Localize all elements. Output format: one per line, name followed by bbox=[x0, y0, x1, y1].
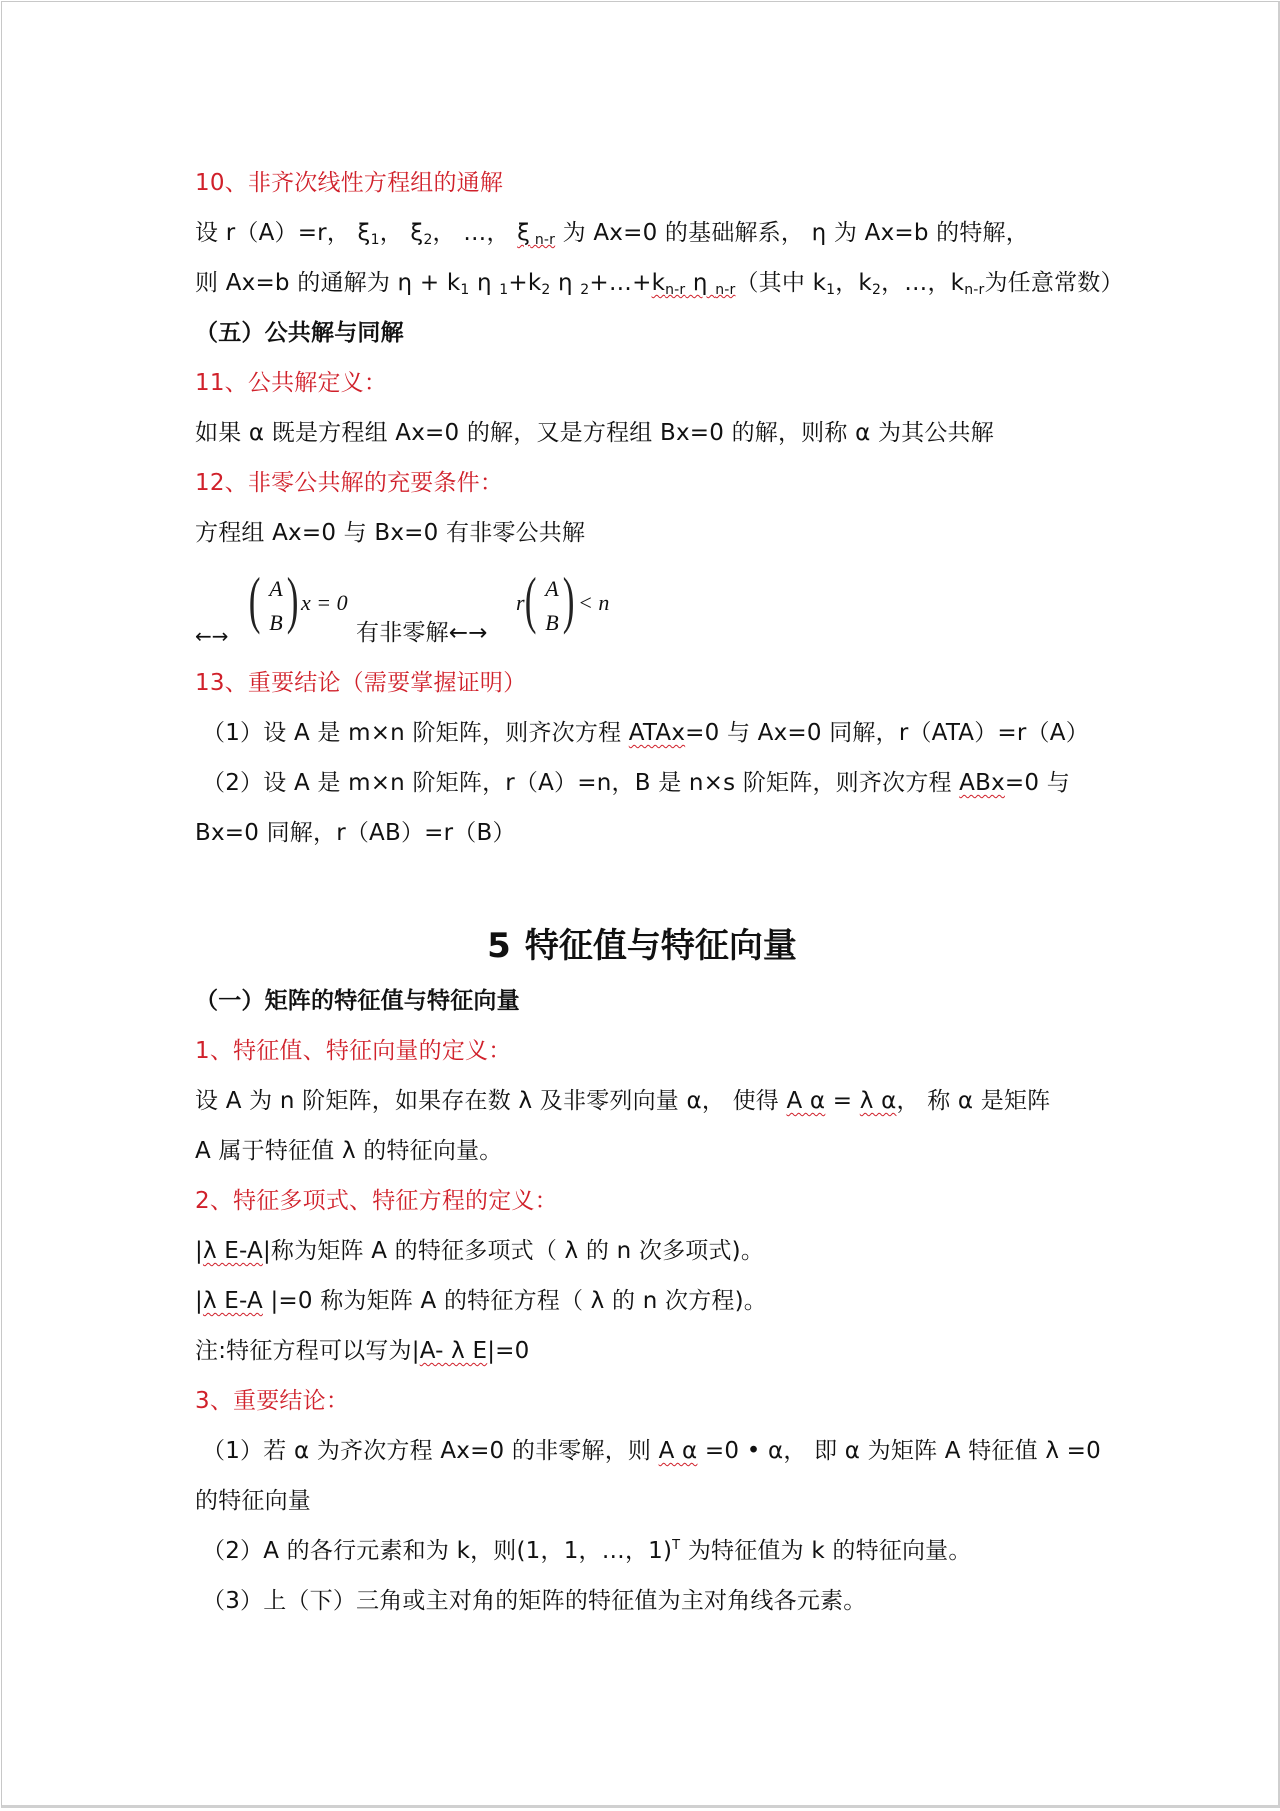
heading-13: 13、重要结论（需要掌握证明） bbox=[195, 668, 526, 698]
e2-line-2: |λ E-A |=0 称为矩阵 A 的特征方程（ λ 的 n 次方程)。 bbox=[195, 1286, 767, 1316]
e1-line-2: A 属于特征值 λ 的特征向量。 bbox=[195, 1136, 502, 1166]
text: 为 Ax=0 的基础解系， η 为 Ax=b 的特解， bbox=[555, 220, 1029, 246]
text: 注:特征方程可以写为| bbox=[195, 1338, 420, 1364]
subscript: n-r bbox=[964, 282, 984, 298]
e2-line-1: |λ E-A|称为矩阵 A 的特征多项式（ λ 的 n 次多项式)。 bbox=[195, 1236, 764, 1266]
s10-line-1: 设 r（A）=r， ξ1， ξ2， …， ξ n-r 为 Ax=0 的基础解系，… bbox=[195, 218, 1029, 248]
text: +…+ bbox=[589, 270, 651, 296]
spellcheck-underline: A α bbox=[659, 1438, 698, 1464]
equation-rhs: x = 0 bbox=[301, 590, 348, 616]
text: 为特征值为 k 的特征向量。 bbox=[680, 1538, 971, 1564]
text: |=0 bbox=[487, 1338, 529, 1364]
e3-item-3: （3）上（下）三角或主对角的矩阵的特征值为主对角线各元素。 bbox=[202, 1586, 866, 1616]
text: η bbox=[685, 270, 715, 296]
subscript: 1 bbox=[826, 282, 835, 298]
text: ，…，k bbox=[881, 270, 964, 296]
e3-item-2: （2）A 的各行元素和为 k，则(1，1，…，1)T 为特征值为 k 的特征向量… bbox=[202, 1536, 972, 1566]
rank-symbol: r bbox=[516, 590, 525, 616]
heading-e1: 1、特征值、特征向量的定义： bbox=[195, 1036, 511, 1066]
subscript: 2 bbox=[872, 282, 881, 298]
matrix-top: A bbox=[540, 572, 564, 606]
subheading-public-solutions: （五）公共解与同解 bbox=[195, 318, 404, 348]
text: 则 Ax=b 的通解为 η + k bbox=[195, 270, 460, 296]
left-paren: ( bbox=[249, 568, 261, 632]
left-paren: ( bbox=[525, 568, 537, 632]
document-page: 10、非齐次线性方程组的通解 设 r（A）=r， ξ1， ξ2， …， ξ n-… bbox=[1, 1, 1280, 1808]
heading-11: 11、公共解定义： bbox=[195, 368, 387, 398]
spellcheck-underline: kn-r η n-r bbox=[652, 270, 736, 296]
right-paren: ) bbox=[287, 568, 299, 632]
subscript: n-r bbox=[530, 232, 555, 248]
text: ， ξ bbox=[380, 220, 424, 246]
text: |=0 称为矩阵 A 的特征方程（ λ 的 n 次方程)。 bbox=[263, 1288, 767, 1314]
heading-10: 10、非齐次线性方程组的通解 bbox=[195, 168, 503, 198]
spellcheck-underline: A α bbox=[786, 1088, 825, 1114]
text: | bbox=[195, 1238, 203, 1264]
subscript: 2 bbox=[423, 232, 432, 248]
double-arrow-icon: ←→ bbox=[195, 624, 229, 648]
text: 设 r（A）=r， ξ bbox=[195, 220, 371, 246]
text: （其中 k bbox=[735, 270, 826, 296]
heading-12: 12、非零公共解的充要条件： bbox=[195, 468, 503, 498]
spellcheck-underline: A- λ E bbox=[420, 1338, 488, 1364]
matrix-top: A bbox=[264, 572, 288, 606]
text: ，k bbox=[835, 270, 872, 296]
chapter-number: 5 bbox=[487, 926, 511, 966]
spellcheck-underline: ATAx bbox=[629, 720, 685, 746]
text: =0 与 Ax=0 同解，r（ATA）=r（A） bbox=[685, 720, 1089, 746]
spellcheck-underline: ABx bbox=[959, 770, 1005, 796]
spellcheck-underline: λ α bbox=[860, 1088, 897, 1114]
matrix-bottom: B bbox=[264, 606, 288, 640]
e3-item-1-continued: 的特征向量 bbox=[195, 1486, 311, 1516]
text: |称为矩阵 A 的特征多项式（ λ 的 n 次多项式)。 bbox=[263, 1238, 764, 1264]
text: （2）设 A 是 m×n 阶矩阵，r（A）=n，B 是 n×s 阶矩阵，则齐次方… bbox=[202, 770, 959, 796]
subheading-eigen: （一）矩阵的特征值与特征向量 bbox=[195, 986, 520, 1016]
text: η bbox=[550, 270, 580, 296]
text: = bbox=[825, 1088, 860, 1114]
text: | bbox=[195, 1288, 203, 1314]
text: （1）若 α 为齐次方程 Ax=0 的非零解，则 bbox=[202, 1438, 659, 1464]
heading-e3: 3、重要结论： bbox=[195, 1386, 349, 1416]
e2-note: 注:特征方程可以写为|A- λ E|=0 bbox=[195, 1336, 529, 1366]
e1-line-1: 设 A 为 n 阶矩阵，如果存在数 λ 及非零列向量 α， 使得 A α = λ… bbox=[195, 1086, 1050, 1116]
heading-e2: 2、特征多项式、特征方程的定义： bbox=[195, 1186, 558, 1216]
subscript: n-r bbox=[715, 282, 735, 298]
s13-item-2: （2）设 A 是 m×n 阶矩阵，r（A）=n，B 是 n×s 阶矩阵，则齐次方… bbox=[202, 768, 1070, 798]
matrix-bottom: B bbox=[540, 606, 564, 640]
nonzero-solution-text: 有非零解←→ bbox=[356, 618, 488, 648]
s13-item-1: （1）设 A 是 m×n 阶矩阵，则齐次方程 ATAx=0 与 Ax=0 同解，… bbox=[202, 718, 1089, 748]
text: 设 A 为 n 阶矩阵，如果存在数 λ 及非零列向量 α， 使得 bbox=[195, 1088, 786, 1114]
text: η bbox=[469, 270, 499, 296]
s10-line-2: 则 Ax=b 的通解为 η + k1 η 1+k2 η 2+…+kn-r η n… bbox=[195, 268, 1124, 298]
s13-item-2-continued: Bx=0 同解，r（AB）=r（B） bbox=[195, 818, 516, 848]
text: +k bbox=[508, 270, 541, 296]
right-paren: ) bbox=[563, 568, 575, 632]
spellcheck-underline: λ E-A bbox=[203, 1238, 263, 1264]
text: 为任意常数） bbox=[984, 270, 1123, 296]
subscript: 1 bbox=[499, 282, 508, 298]
text: ， …， bbox=[433, 220, 518, 246]
chapter-title: 5特征值与特征向量 bbox=[2, 924, 1280, 968]
rank-inequality: < n bbox=[578, 590, 609, 616]
text: ξ bbox=[517, 220, 530, 246]
subscript: 1 bbox=[371, 232, 380, 248]
text: =0 • α， 即 α 为矩阵 A 特征值 λ =0 bbox=[697, 1438, 1101, 1464]
text: k bbox=[652, 270, 666, 296]
text: （1）设 A 是 m×n 阶矩阵，则齐次方程 bbox=[202, 720, 629, 746]
text: （2）A 的各行元素和为 k，则(1，1，…，1) bbox=[202, 1538, 672, 1564]
s11-body: 如果 α 既是方程组 Ax=0 的解，又是方程组 Bx=0 的解，则称 α 为其… bbox=[195, 418, 994, 448]
spellcheck-underline: λ E-A bbox=[203, 1288, 263, 1314]
text: ， 称 α 是矩阵 bbox=[896, 1088, 1050, 1114]
e3-item-1: （1）若 α 为齐次方程 Ax=0 的非零解，则 A α =0 • α， 即 α… bbox=[202, 1436, 1101, 1466]
s12-body: 方程组 Ax=0 与 Bx=0 有非零公共解 bbox=[195, 518, 585, 548]
text: =0 与 bbox=[1005, 770, 1070, 796]
subscript: n-r bbox=[665, 282, 685, 298]
chapter-name: 特征值与特征向量 bbox=[525, 926, 797, 966]
spellcheck-underline: ξ n-r bbox=[517, 220, 555, 246]
